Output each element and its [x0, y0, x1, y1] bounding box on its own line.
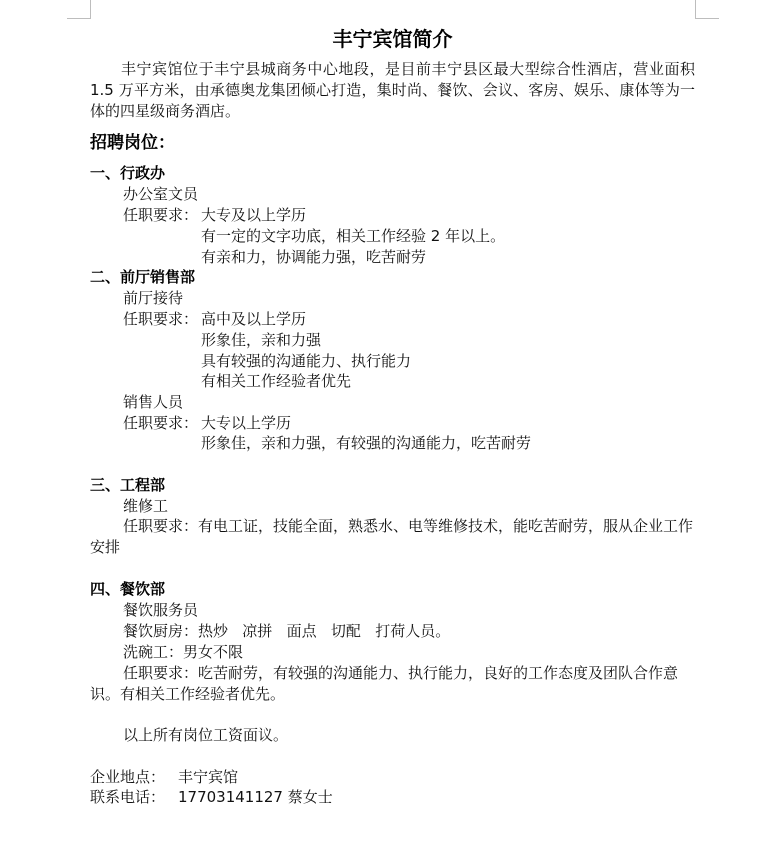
requirement-item: 形象佳，亲和力强，有较强的沟通能力，吃苦耐劳 — [201, 433, 531, 454]
requirement-item: 具有较强的沟通能力、执行能力 — [201, 351, 411, 372]
job-title: 餐饮服务员 — [123, 600, 198, 621]
requirement-label: 任职要求： — [123, 413, 198, 434]
job-title: 维修工 — [123, 496, 168, 517]
intro-paragraph: 丰宁宾馆位于丰宁县城商务中心地段，是目前丰宁县区最大型综合性酒店，营业面积 1.… — [90, 59, 695, 122]
phone-label: 联系电话： — [90, 787, 165, 808]
requirement-item: 大专以上学历 — [201, 413, 291, 434]
crop-mark-top-left-vertical — [90, 0, 91, 18]
section-heading-engineering: 三、工程部 — [90, 475, 165, 496]
requirement-item: 有亲和力，协调能力强，吃苦耐劳 — [201, 247, 426, 268]
recruit-heading: 招聘岗位： — [90, 131, 175, 155]
address-value: 丰宁宾馆 — [178, 767, 238, 788]
phone-value: 17703141127 蔡女士 — [178, 787, 333, 808]
requirement-item: 大专及以上学历 — [201, 205, 306, 226]
requirement-paragraph: 任职要求：有电工证，技能全面，熟悉水、电等维修技术，能吃苦耐劳，服从企业工作安排 — [90, 516, 695, 558]
section-heading-admin: 一、行政办 — [90, 163, 165, 184]
crop-mark-top-right-vertical — [695, 0, 696, 18]
document-page: 丰宁宾馆简介 丰宁宾馆位于丰宁县城商务中心地段，是目前丰宁县区最大型综合性酒店，… — [0, 0, 773, 847]
salary-note: 以上所有岗位工资面议。 — [123, 725, 288, 746]
crop-mark-top-right-horizontal — [695, 18, 719, 19]
dishwasher-position: 洗碗工：男女不限 — [123, 642, 243, 663]
section-heading-front-office-sales: 二、前厅销售部 — [90, 267, 195, 288]
requirement-item: 有相关工作经验者优先 — [201, 371, 351, 392]
section-heading-catering: 四、餐饮部 — [90, 579, 165, 600]
requirement-label: 任职要求： — [123, 309, 198, 330]
requirement-item: 高中及以上学历 — [201, 309, 306, 330]
requirement-item: 形象佳，亲和力强 — [201, 330, 321, 351]
requirement-paragraph: 任职要求：吃苦耐劳，有较强的沟通能力、执行能力，良好的工作态度及团队合作意识。有… — [90, 663, 695, 705]
address-label: 企业地点： — [90, 767, 165, 788]
job-title: 前厅接待 — [123, 288, 183, 309]
crop-mark-top-left-horizontal — [67, 18, 91, 19]
document-title: 丰宁宾馆简介 — [0, 26, 773, 52]
kitchen-positions: 餐饮厨房：热炒 凉拼 面点 切配 打荷人员。 — [123, 621, 450, 642]
requirement-label: 任职要求： — [123, 205, 198, 226]
job-title: 办公室文员 — [123, 184, 198, 205]
requirement-item: 有一定的文字功底，相关工作经验 2 年以上。 — [201, 226, 505, 247]
job-title: 销售人员 — [123, 392, 183, 413]
